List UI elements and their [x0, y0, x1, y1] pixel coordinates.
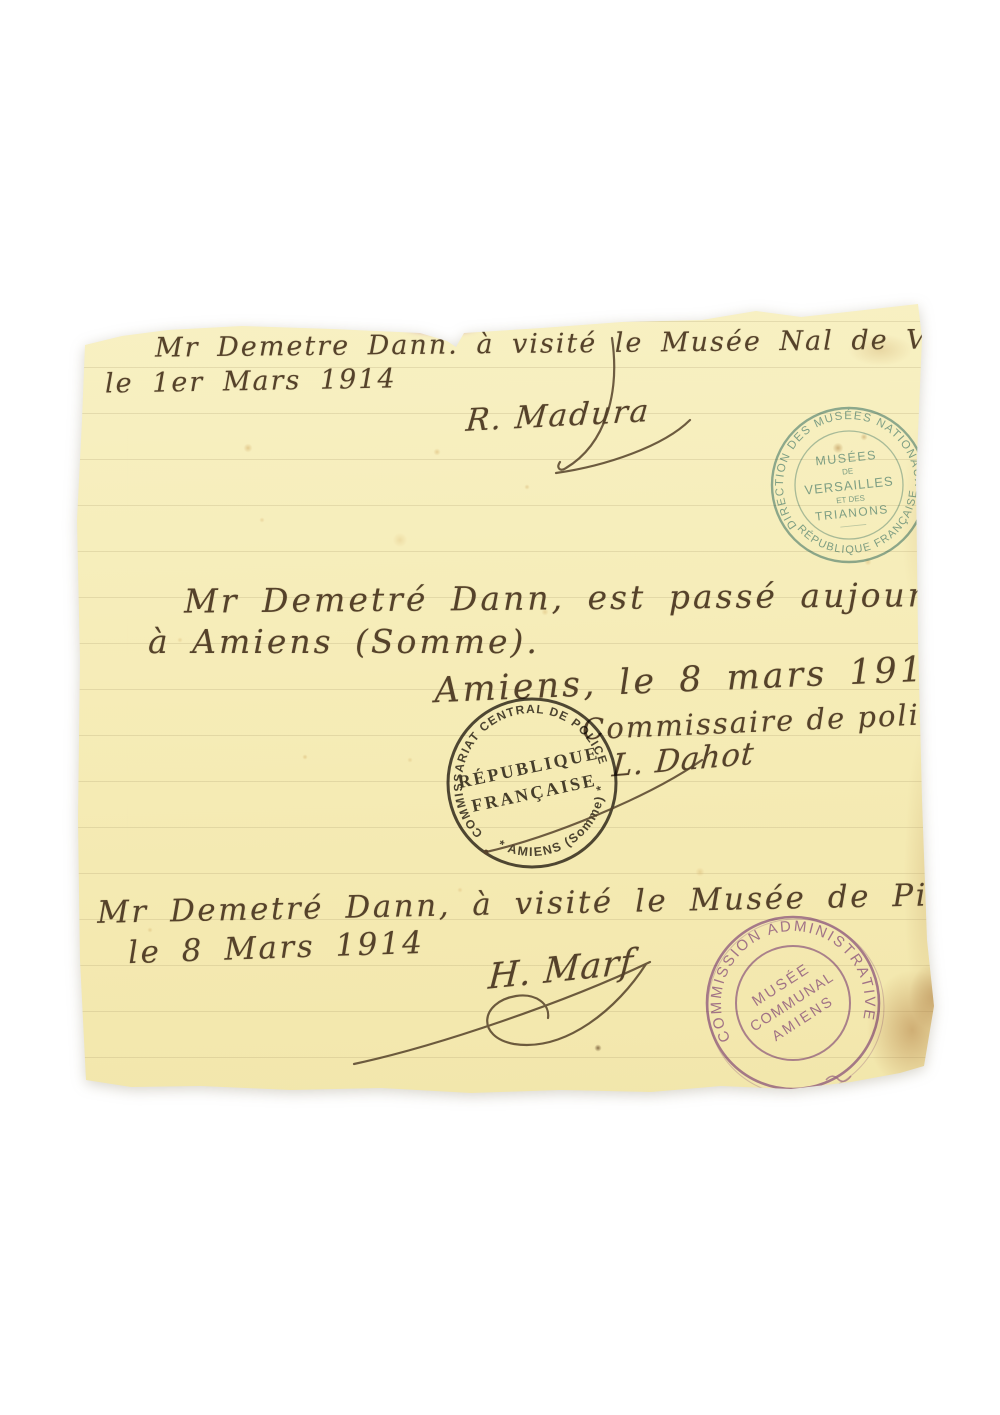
versailles-note-line2: le 1er Mars 1914 [105, 363, 397, 399]
police-note-line2: à Amiens (Somme). [148, 622, 540, 661]
versailles-stamp-center-line3: VERSAILLES [804, 473, 895, 497]
versailles-note-signature: R. Madura [465, 393, 652, 439]
police-note-line1: Mr Demetré Dann, est passé aujourd'hui [184, 574, 1000, 620]
police-note-role: Commissaire de police, [581, 696, 969, 747]
versailles-stamp-center-line4: ET DES [836, 493, 866, 505]
paper-sheet: Mr Demetre Dann. à visité le Musée Nal d… [0, 0, 1000, 1415]
picardie-note-signature: H. Marf [487, 942, 635, 998]
scanned-document-page: Mr Demetre Dann. à visité le Musée Nal d… [0, 0, 1000, 1415]
stamp-musee-communal-amiens: COMMISSION ADMINISTRATIVE MUSÉE COMMUNAL… [698, 908, 888, 1098]
versailles-stamp-center-line2: DE [842, 467, 854, 477]
versailles-note-line1: Mr Demetre Dann. à visité le Musée Nal d… [155, 323, 1000, 363]
versailles-stamp-center-line5: TRIANONS [814, 502, 889, 524]
stamp-musees-versailles: DIRECTION DES MUSÉES NATIONAUX RÉPUBLIQU… [764, 400, 934, 570]
picardie-note-line2: le 8 Mars 1914 [127, 925, 424, 971]
paper-shadow-wrap: Mr Demetre Dann. à visité le Musée Nal d… [0, 0, 1000, 1415]
versailles-stamp-center-line1: MUSÉES [815, 447, 878, 468]
versailles-stamp-ornament [840, 524, 866, 527]
stamp-commissariat-police: COMMISSARIAT CENTRAL DE POLICE * AMIENS … [442, 693, 622, 873]
